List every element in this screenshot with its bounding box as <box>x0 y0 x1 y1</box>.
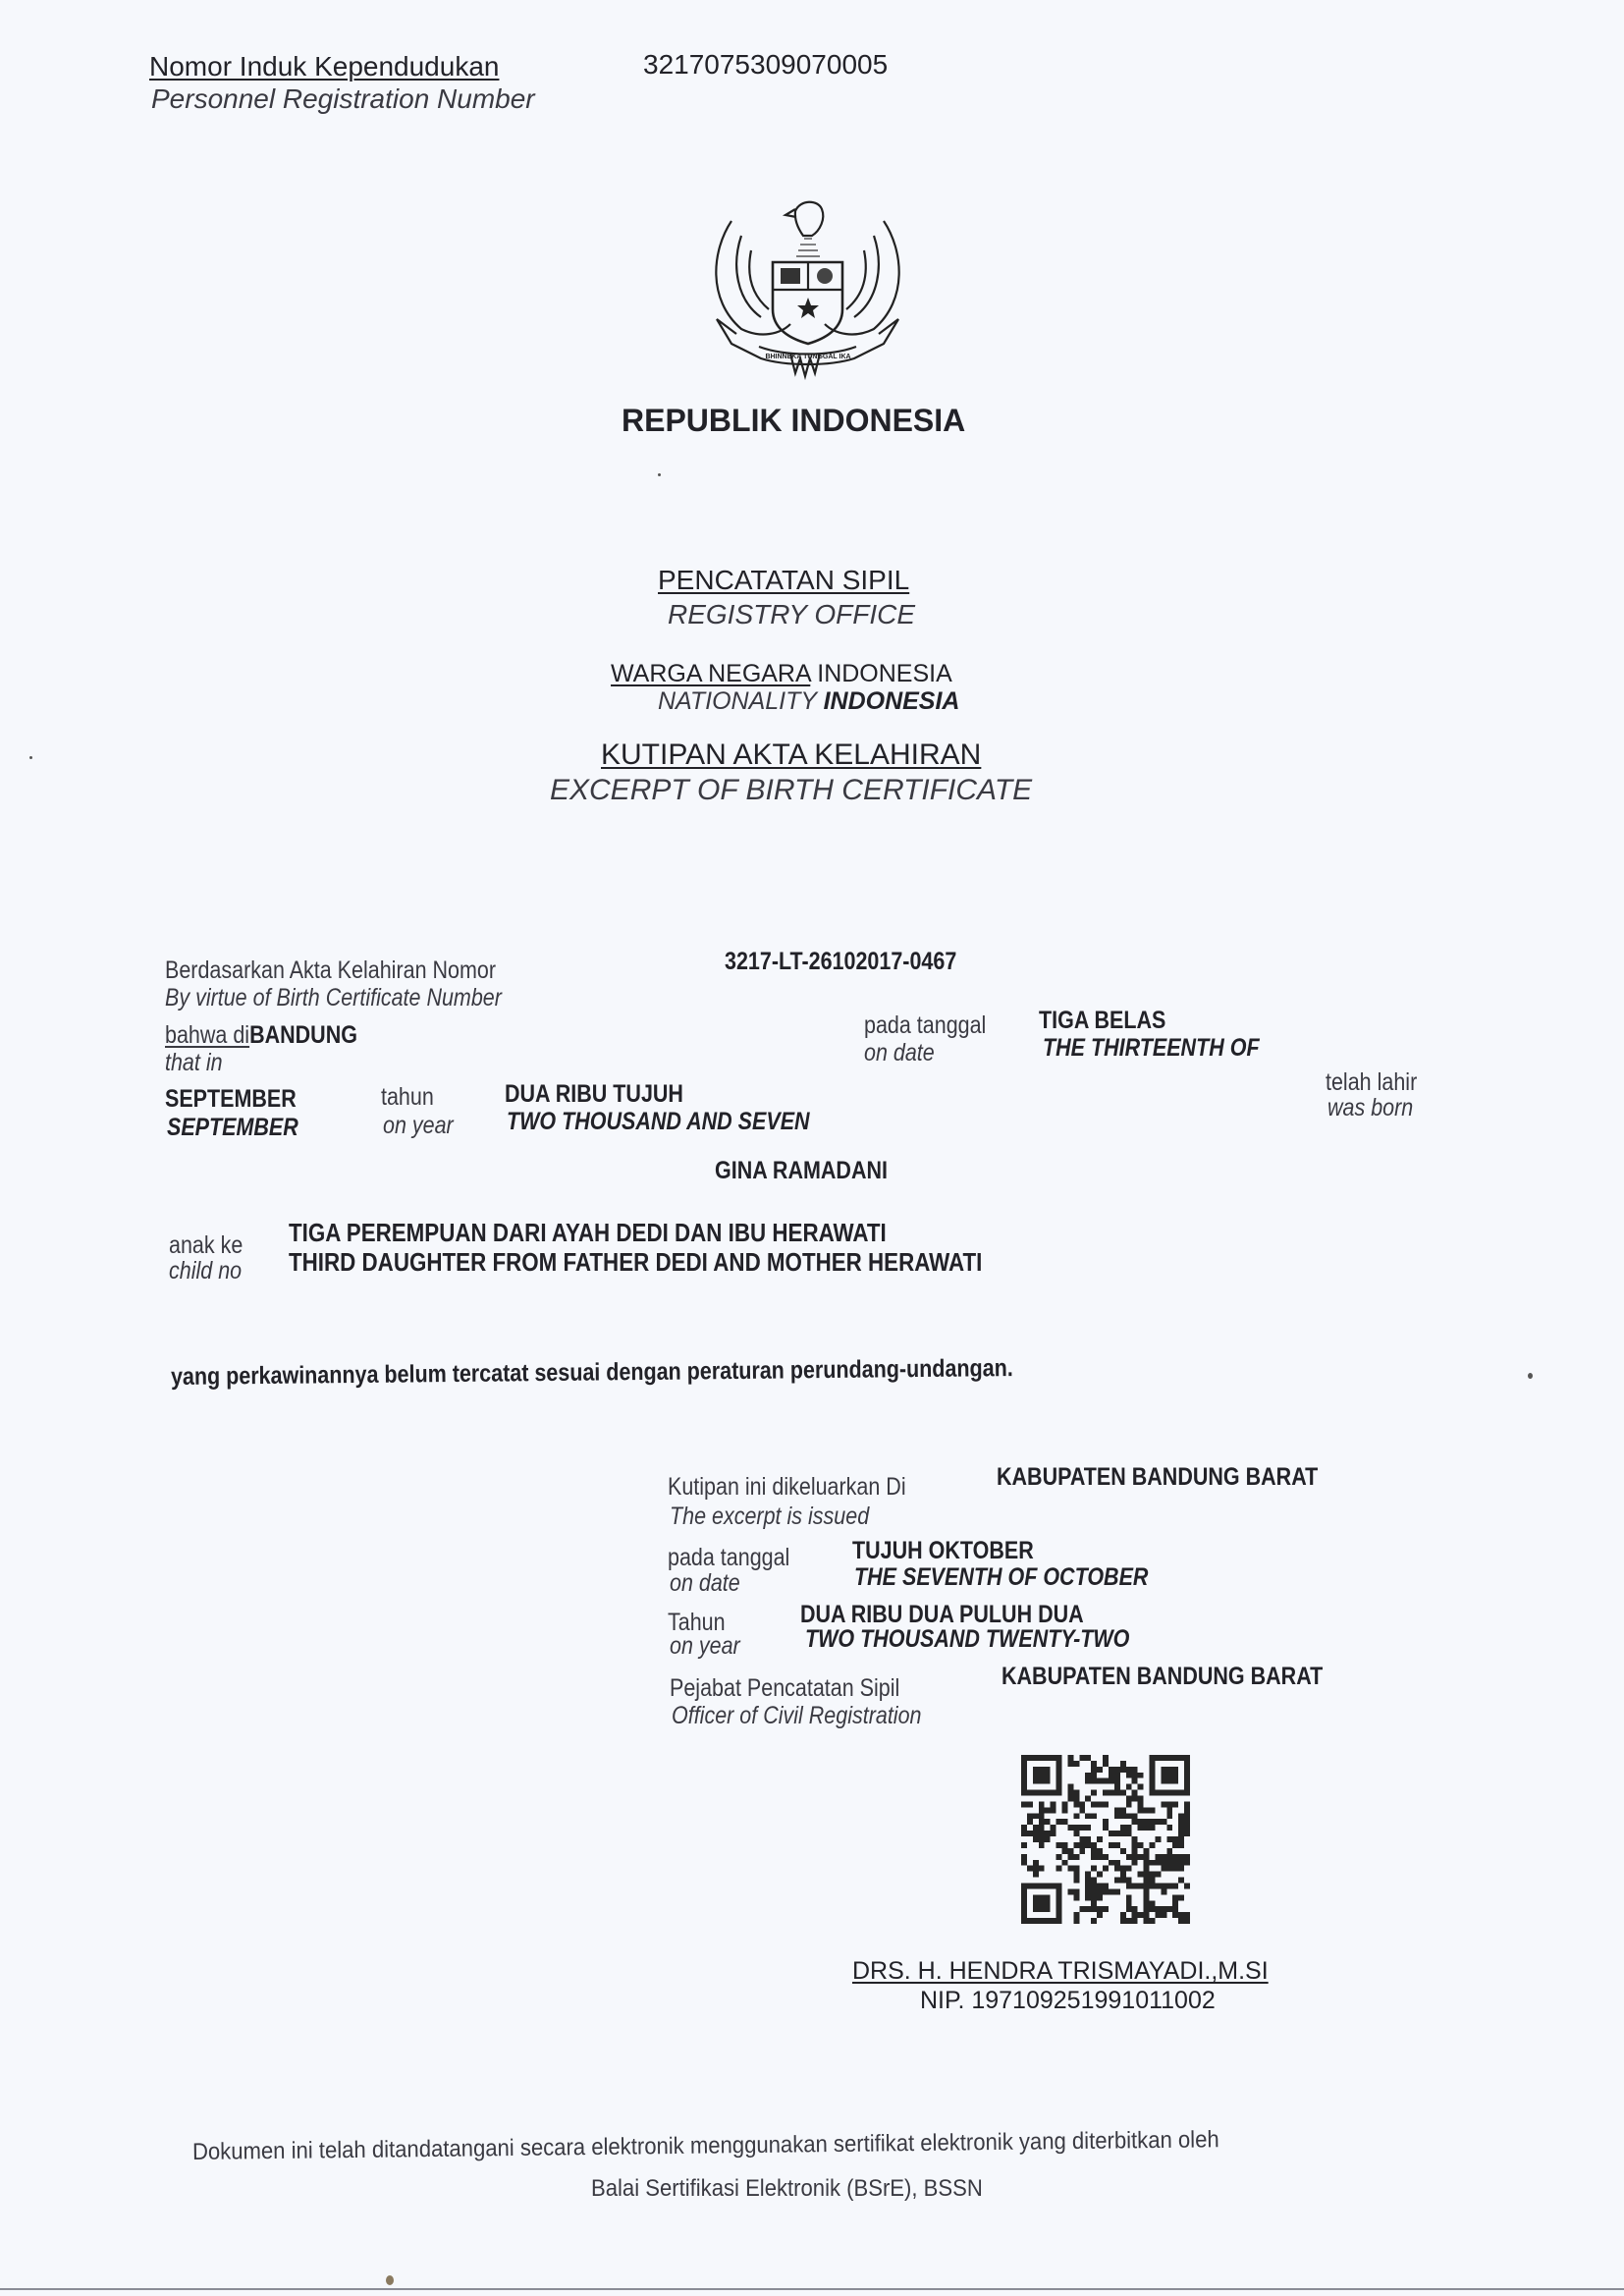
nationality-value-en: INDONESIA <box>824 687 960 715</box>
page-edge-line <box>0 2288 1624 2290</box>
child-no-label: anak ke <box>169 1231 243 1260</box>
birth-date-value: TIGA BELAS <box>1039 1007 1165 1035</box>
scan-speck <box>386 2275 394 2285</box>
signer-name: DRS. H. HENDRA TRISMAYADI.,M.SI <box>852 1957 1269 1986</box>
cert-no-label-en: By virtue of Birth Certificate Number <box>165 984 502 1012</box>
birth-year-label: tahun <box>381 1083 434 1112</box>
birth-date-value-en: THE THIRTEENTH OF <box>1043 1034 1260 1063</box>
issue-year-label-en: on year <box>670 1632 740 1661</box>
birth-year-value: DUA RIBU TUJUH <box>505 1080 683 1109</box>
birth-date-label: pada tanggal <box>864 1011 986 1040</box>
qr-code-icon[interactable] <box>1021 1755 1190 1924</box>
nationality-label: WARGA NEGARA <box>611 660 810 687</box>
nationality-value: INDONESIA <box>817 660 952 687</box>
footer-line-2: Balai Sertifikasi Elektronik (BSrE), BSS… <box>591 2175 983 2203</box>
nik-label-en: Personnel Registration Number <box>151 83 535 115</box>
birth-month-en: SEPTEMBER <box>167 1114 298 1142</box>
document-title: KUTIPAN AKTA KELAHIRAN <box>601 738 981 772</box>
issued-at-value: KABUPATEN BANDUNG BARAT <box>997 1463 1318 1492</box>
garuda-pancasila-emblem-icon: BHINNEKA TUNGGAL IKA <box>702 191 913 388</box>
child-no-label-en: child no <box>169 1257 242 1285</box>
place-label: bahwa di <box>165 1021 249 1049</box>
document-title-en: EXCERPT OF BIRTH CERTIFICATE <box>550 774 1032 807</box>
marriage-note: yang perkawinannya belum tercatat sesuai… <box>171 1354 1013 1392</box>
footer-line-1: Dokumen ini telah ditandatangani secara … <box>192 2126 1219 2166</box>
office-title: PENCATATAN SIPIL <box>658 565 909 596</box>
cert-no-label: Berdasarkan Akta Kelahiran Nomor <box>165 957 496 985</box>
cert-no-value: 3217-LT-26102017-0467 <box>725 948 956 976</box>
office-title-en: REGISTRY OFFICE <box>668 599 915 630</box>
signer-nip: NIP. 197109251991011002 <box>920 1987 1216 2015</box>
issue-date-value-en: THE SEVENTH OF OCTOBER <box>854 1563 1148 1592</box>
issue-date-label-en: on date <box>670 1569 740 1598</box>
scan-speck <box>658 473 661 476</box>
issue-date-value: TUJUH OKTOBER <box>852 1537 1034 1565</box>
nik-label: Nomor Induk Kependudukan <box>149 51 499 82</box>
issue-date-label: pada tanggal <box>668 1544 789 1572</box>
birth-date-label-en: on date <box>864 1039 935 1067</box>
born-label: telah lahir <box>1326 1068 1417 1097</box>
place-label-en: that in <box>165 1049 223 1077</box>
scan-speck <box>1528 1373 1533 1379</box>
birth-year-value-en: TWO THOUSAND AND SEVEN <box>507 1108 810 1136</box>
officer-label: Pejabat Pencatatan Sipil <box>670 1674 899 1703</box>
svg-text:BHINNEKA TUNGGAL IKA: BHINNEKA TUNGGAL IKA <box>765 354 850 360</box>
issue-year-value-en: TWO THOUSAND TWENTY-TWO <box>805 1625 1129 1654</box>
scan-speck <box>29 756 32 759</box>
birth-year-label-en: on year <box>383 1112 454 1140</box>
officer-label-en: Officer of Civil Registration <box>672 1702 922 1730</box>
child-no-value-en: THIRD DAUGHTER FROM FATHER DEDI AND MOTH… <box>289 1247 982 1278</box>
issued-at-label-en: The excerpt is issued <box>670 1503 869 1531</box>
issued-at-label: Kutipan ini dikeluarkan Di <box>668 1473 906 1502</box>
country-title: REPUBLIK INDONESIA <box>622 403 965 439</box>
officer-value: KABUPATEN BANDUNG BARAT <box>1001 1663 1323 1691</box>
nik-value: 3217075309070005 <box>643 49 888 81</box>
born-label-en: was born <box>1327 1094 1413 1122</box>
child-name: GINA RAMADANI <box>715 1157 888 1185</box>
child-no-value: TIGA PEREMPUAN DARI AYAH DEDI DAN IBU HE… <box>289 1218 887 1248</box>
birth-month: SEPTEMBER <box>165 1085 297 1114</box>
place-value: BANDUNG <box>249 1021 357 1049</box>
nationality-label-en: NATIONALITY <box>658 687 817 715</box>
